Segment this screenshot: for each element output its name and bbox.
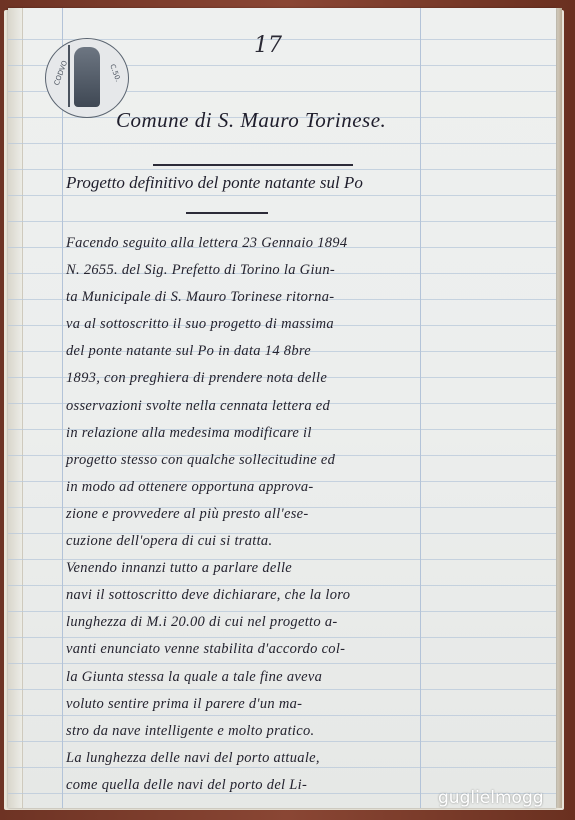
body-line: in relazione alla medesima modificare il: [66, 420, 416, 447]
document-page: CODVO C.50. 17 Comune di S. Mauro Torine…: [8, 8, 556, 808]
handwritten-body: Facendo seguito alla lettera 23 Gennaio …: [66, 230, 416, 799]
photographer-watermark: guglielmogg: [438, 788, 544, 808]
stamp-value-text: C.50.: [108, 63, 122, 83]
right-margin-line: [420, 8, 421, 808]
body-line: 1893, con preghiera di prendere nota del…: [66, 365, 416, 392]
body-line: va al sottoscritto il suo progetto di ma…: [66, 311, 416, 338]
document-subtitle: Progetto definitivo del ponte natante su…: [66, 173, 363, 193]
body-line: cuzione dell'opera di cui si tratta.: [66, 528, 416, 555]
body-line: vanti enunciato venne stabilita d'accord…: [66, 636, 416, 663]
body-line: navi il sottoscritto deve dichiarare, ch…: [66, 582, 416, 609]
document-title: Comune di S. Mauro Torinese.: [116, 108, 386, 133]
body-line: Venendo innanzi tutto a parlare delle: [66, 555, 416, 582]
body-line: zione e provvedere al più presto all'ese…: [66, 501, 416, 528]
body-line: La lunghezza delle navi del porto attual…: [66, 745, 416, 772]
body-line: la Giunta stessa la quale a tale fine av…: [66, 664, 416, 691]
revenue-stamp-icon: CODVO C.50.: [45, 38, 129, 118]
stamp-figure: [74, 47, 100, 107]
body-line: come quella delle navi del porto del Li-: [66, 772, 416, 799]
stamp-spear: [68, 45, 70, 107]
body-line: in modo ad ottenere opportuna approva-: [66, 474, 416, 501]
body-line: voluto sentire prima il parere d'un ma-: [66, 691, 416, 718]
body-line: lunghezza di M.i 20.00 di cui nel proget…: [66, 609, 416, 636]
body-line: N. 2655. del Sig. Prefetto di Torino la …: [66, 257, 416, 284]
body-line: del ponte natante sul Po in data 14 8bre: [66, 338, 416, 365]
subtitle-underline: [186, 212, 268, 214]
body-line: Facendo seguito alla lettera 23 Gennaio …: [66, 230, 416, 257]
body-line: ta Municipale di S. Mauro Torinese ritor…: [66, 284, 416, 311]
stamp-left-text: CODVO: [53, 59, 69, 86]
left-margin-line: [62, 8, 63, 808]
title-underline: [153, 164, 353, 166]
body-line: progetto stesso con qualche sollecitudin…: [66, 447, 416, 474]
body-line: stro da nave intelligente e molto pratic…: [66, 718, 416, 745]
folio-number: 17: [254, 33, 282, 58]
body-line: osservazioni svolte nella cennata letter…: [66, 393, 416, 420]
